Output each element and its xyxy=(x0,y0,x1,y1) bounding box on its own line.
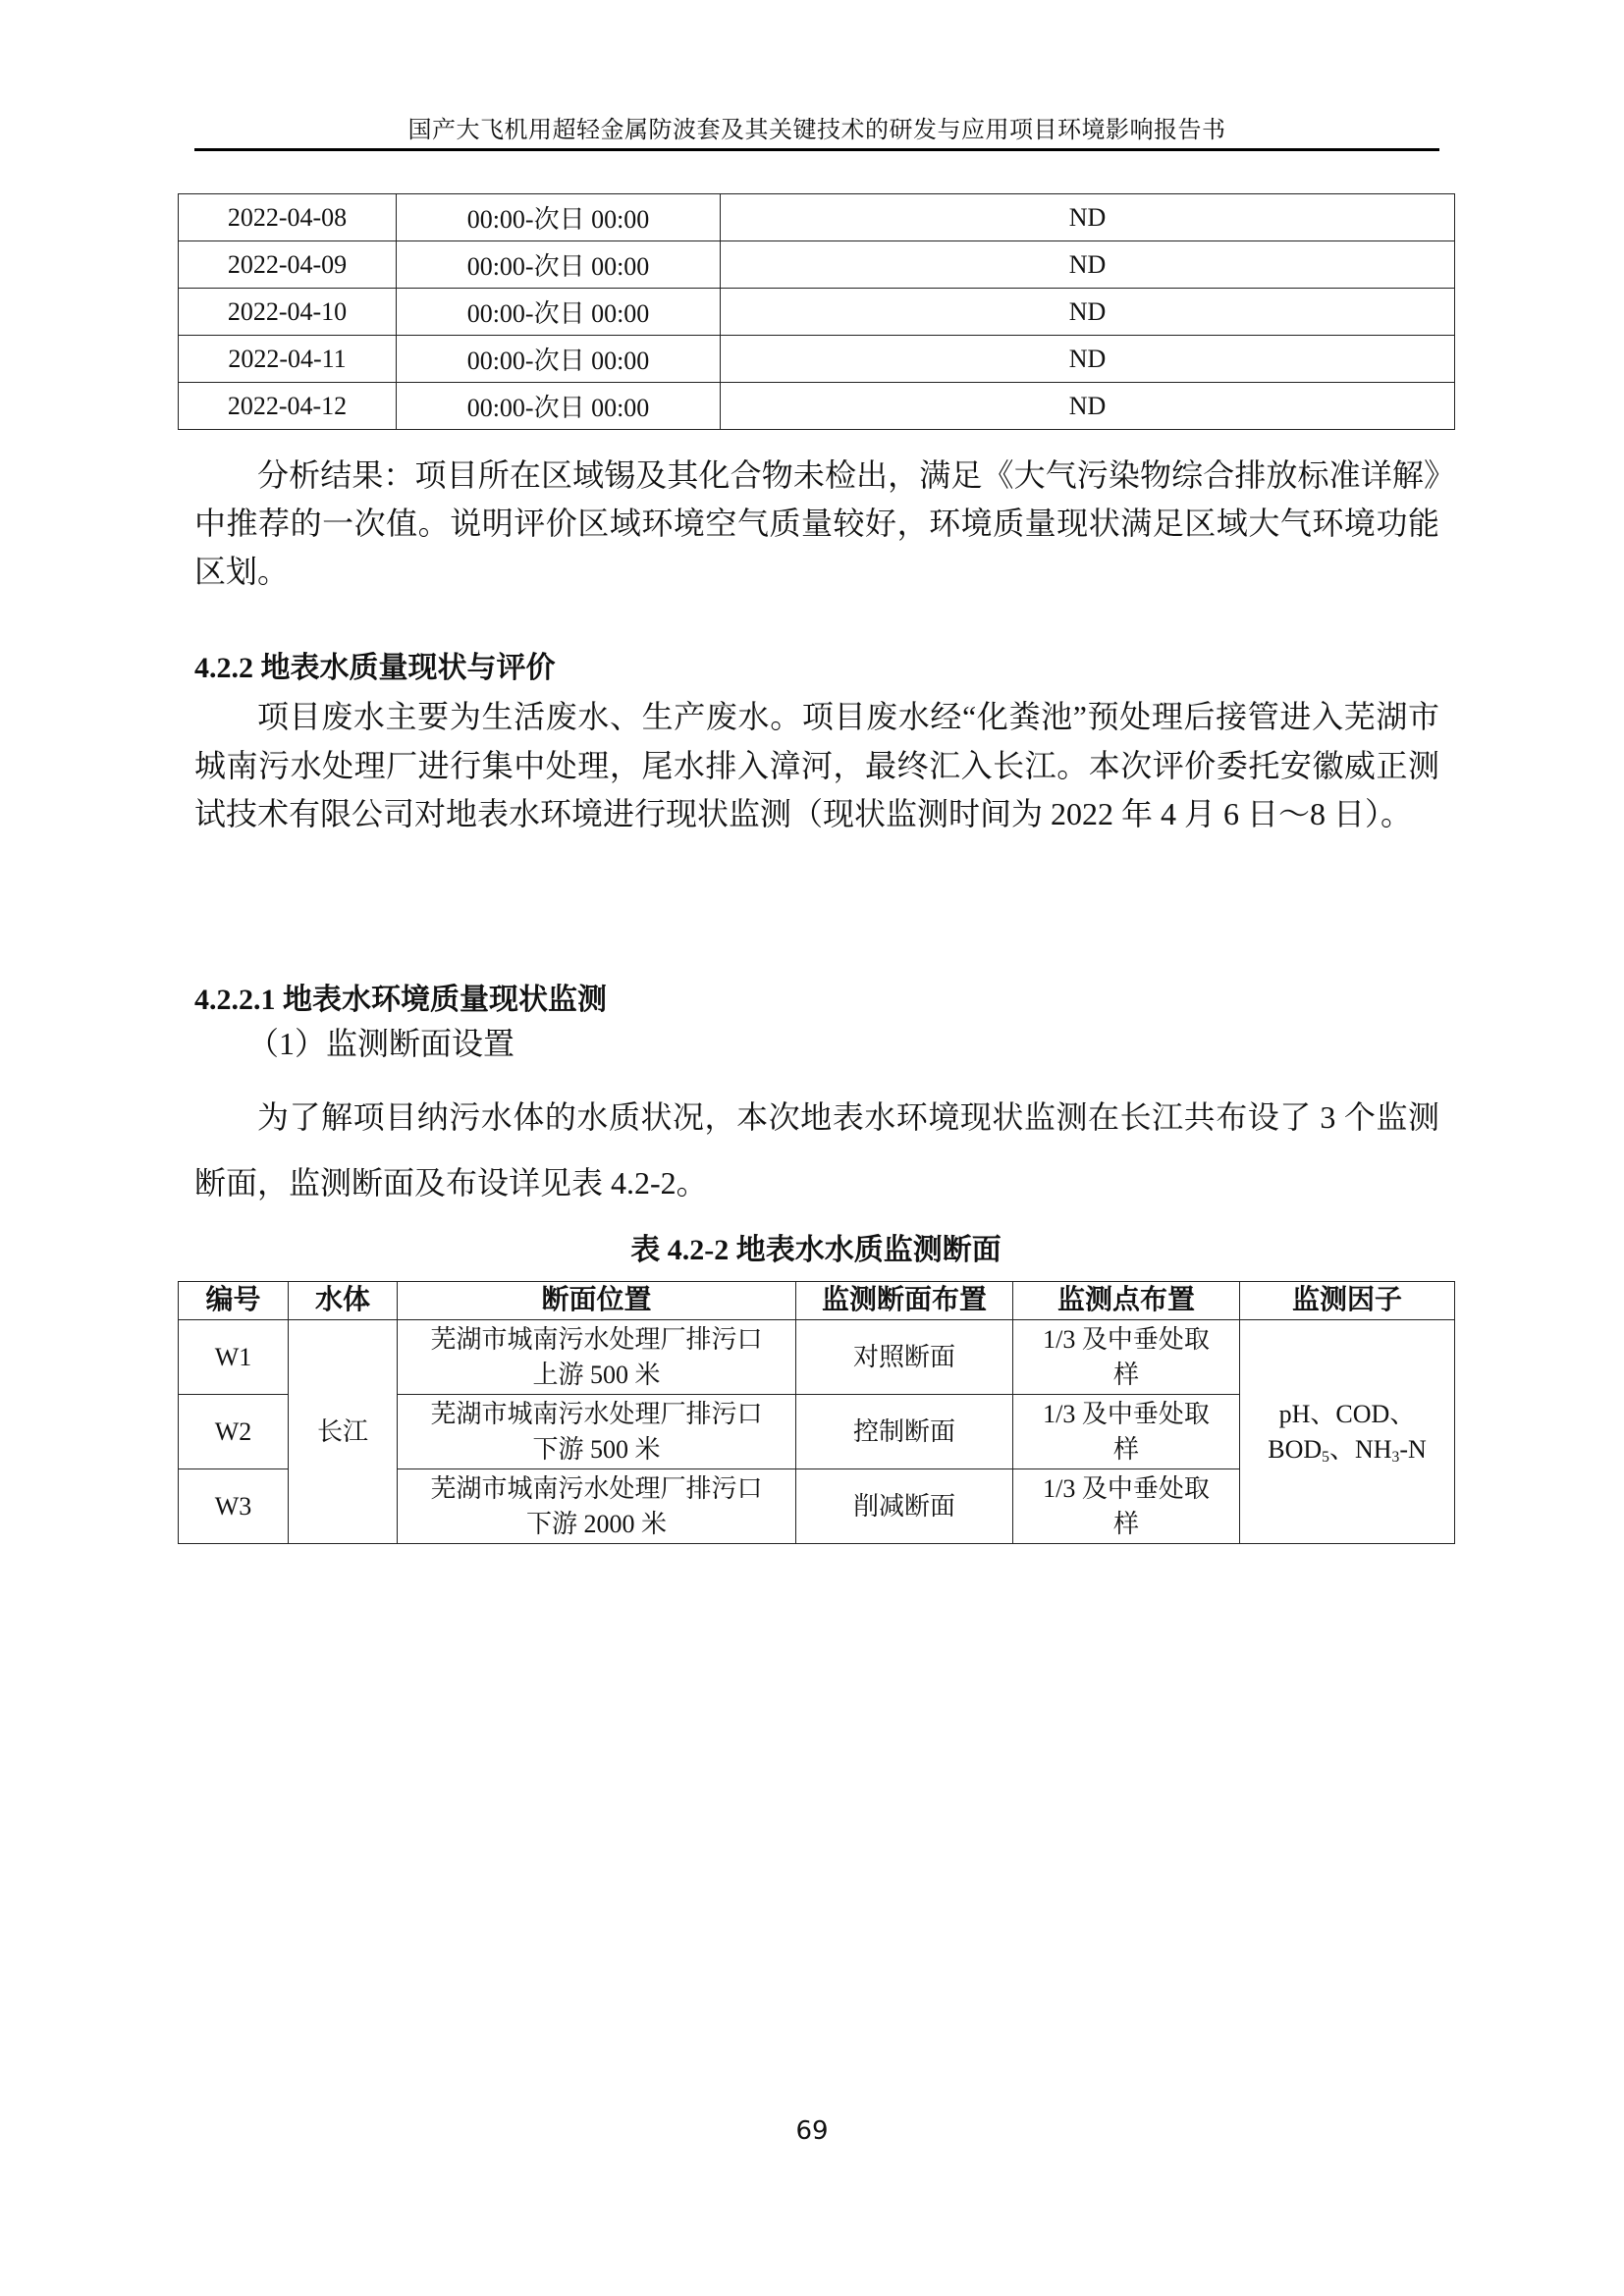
location-cell: 芜湖市城南污水处理厂排污口上游 500 米 xyxy=(398,1320,796,1395)
section-heading-4-2-2: 4.2.2 地表水质量现状与评价 xyxy=(194,643,556,686)
id-cell: W1 xyxy=(179,1320,289,1395)
period-cell: 00:00-次日 00:00 xyxy=(397,383,721,430)
result-cell: ND xyxy=(721,336,1455,383)
result-cell: ND xyxy=(721,383,1455,430)
point-layout-cell: 1/3 及中垂处取样 xyxy=(1013,1469,1240,1544)
factor-separator: 、NH xyxy=(1329,1435,1392,1464)
date-cell: 2022-04-11 xyxy=(179,336,397,383)
period-cell: 00:00-次日 00:00 xyxy=(397,241,721,289)
tin-monitoring-table: 2022-04-08 00:00-次日 00:00 ND 2022-04-09 … xyxy=(178,193,1455,430)
date-cell: 2022-04-12 xyxy=(179,383,397,430)
date-cell: 2022-04-09 xyxy=(179,241,397,289)
factor-bod-subscript: 5 xyxy=(1322,1449,1329,1466)
date-cell: 2022-04-10 xyxy=(179,289,397,336)
location-cell: 芜湖市城南污水处理厂排污口下游 2000 米 xyxy=(398,1469,796,1544)
id-cell: W2 xyxy=(179,1395,289,1469)
result-cell: ND xyxy=(721,194,1455,241)
table-row: 2022-04-11 00:00-次日 00:00 ND xyxy=(179,336,1455,383)
section-type-cell: 对照断面 xyxy=(796,1320,1013,1395)
setup-paragraph: 为了解项目纳污水体的水质状况，本次地表水环境现状监测在长江共布设了 3 个监测断… xyxy=(194,1085,1439,1216)
monitoring-section-table: 编号 水体 断面位置 监测断面布置 监测点布置 监测因子 W1 长江 芜湖市城南… xyxy=(178,1281,1455,1544)
section-type-cell: 削减断面 xyxy=(796,1469,1013,1544)
table-row: 2022-04-10 00:00-次日 00:00 ND xyxy=(179,289,1455,336)
water-body-cell: 长江 xyxy=(289,1320,398,1544)
date-cell: 2022-04-08 xyxy=(179,194,397,241)
result-cell: ND xyxy=(721,289,1455,336)
period-cell: 00:00-次日 00:00 xyxy=(397,194,721,241)
table-row: 2022-04-08 00:00-次日 00:00 ND xyxy=(179,194,1455,241)
point-layout-cell: 1/3 及中垂处取样 xyxy=(1013,1395,1240,1469)
subheading-section-setup: （1）监测断面设置 xyxy=(247,1020,514,1068)
page-number: 69 xyxy=(0,2116,1624,2146)
table-caption: 表 4.2-2 地表水水质监测断面 xyxy=(178,1225,1454,1268)
factors-line1: pH、COD、 xyxy=(1279,1400,1416,1428)
table-row: 2022-04-12 00:00-次日 00:00 ND xyxy=(179,383,1455,430)
period-cell: 00:00-次日 00:00 xyxy=(397,289,721,336)
header-section-layout: 监测断面布置 xyxy=(796,1282,1013,1320)
factor-nh-tail: -N xyxy=(1399,1435,1426,1464)
id-cell: W3 xyxy=(179,1469,289,1544)
section-heading-4-2-2-1: 4.2.2.1 地表水环境质量现状监测 xyxy=(194,975,607,1018)
table-header-row: 编号 水体 断面位置 监测断面布置 监测点布置 监测因子 xyxy=(179,1282,1455,1320)
analysis-paragraph: 分析结果：项目所在区域锡及其化合物未检出，满足《大气污染物综合排放标准详解》中推… xyxy=(194,452,1439,596)
factor-bod: BOD xyxy=(1268,1435,1322,1464)
section-type-cell: 控制断面 xyxy=(796,1395,1013,1469)
table-row: W1 长江 芜湖市城南污水处理厂排污口上游 500 米 对照断面 1/3 及中垂… xyxy=(179,1320,1455,1395)
running-header: 国产大飞机用超轻金属防波套及其关键技术的研发与应用项目环境影响报告书 xyxy=(194,110,1439,144)
result-cell: ND xyxy=(721,241,1455,289)
point-layout-cell: 1/3 及中垂处取样 xyxy=(1013,1320,1240,1395)
header-factors: 监测因子 xyxy=(1240,1282,1455,1320)
period-cell: 00:00-次日 00:00 xyxy=(397,336,721,383)
table-row: 2022-04-09 00:00-次日 00:00 ND xyxy=(179,241,1455,289)
header-point-layout: 监测点布置 xyxy=(1013,1282,1240,1320)
header-water-body: 水体 xyxy=(289,1282,398,1320)
factors-cell: pH、COD、 BOD5、NH3-N xyxy=(1240,1320,1455,1544)
wastewater-paragraph: 项目废水主要为生活废水、生产废水。项目废水经“化粪池”预处理后接管进入芜湖市城南… xyxy=(194,693,1439,839)
location-cell: 芜湖市城南污水处理厂排污口下游 500 米 xyxy=(398,1395,796,1469)
header-rule xyxy=(194,148,1439,151)
header-id: 编号 xyxy=(179,1282,289,1320)
header-location: 断面位置 xyxy=(398,1282,796,1320)
